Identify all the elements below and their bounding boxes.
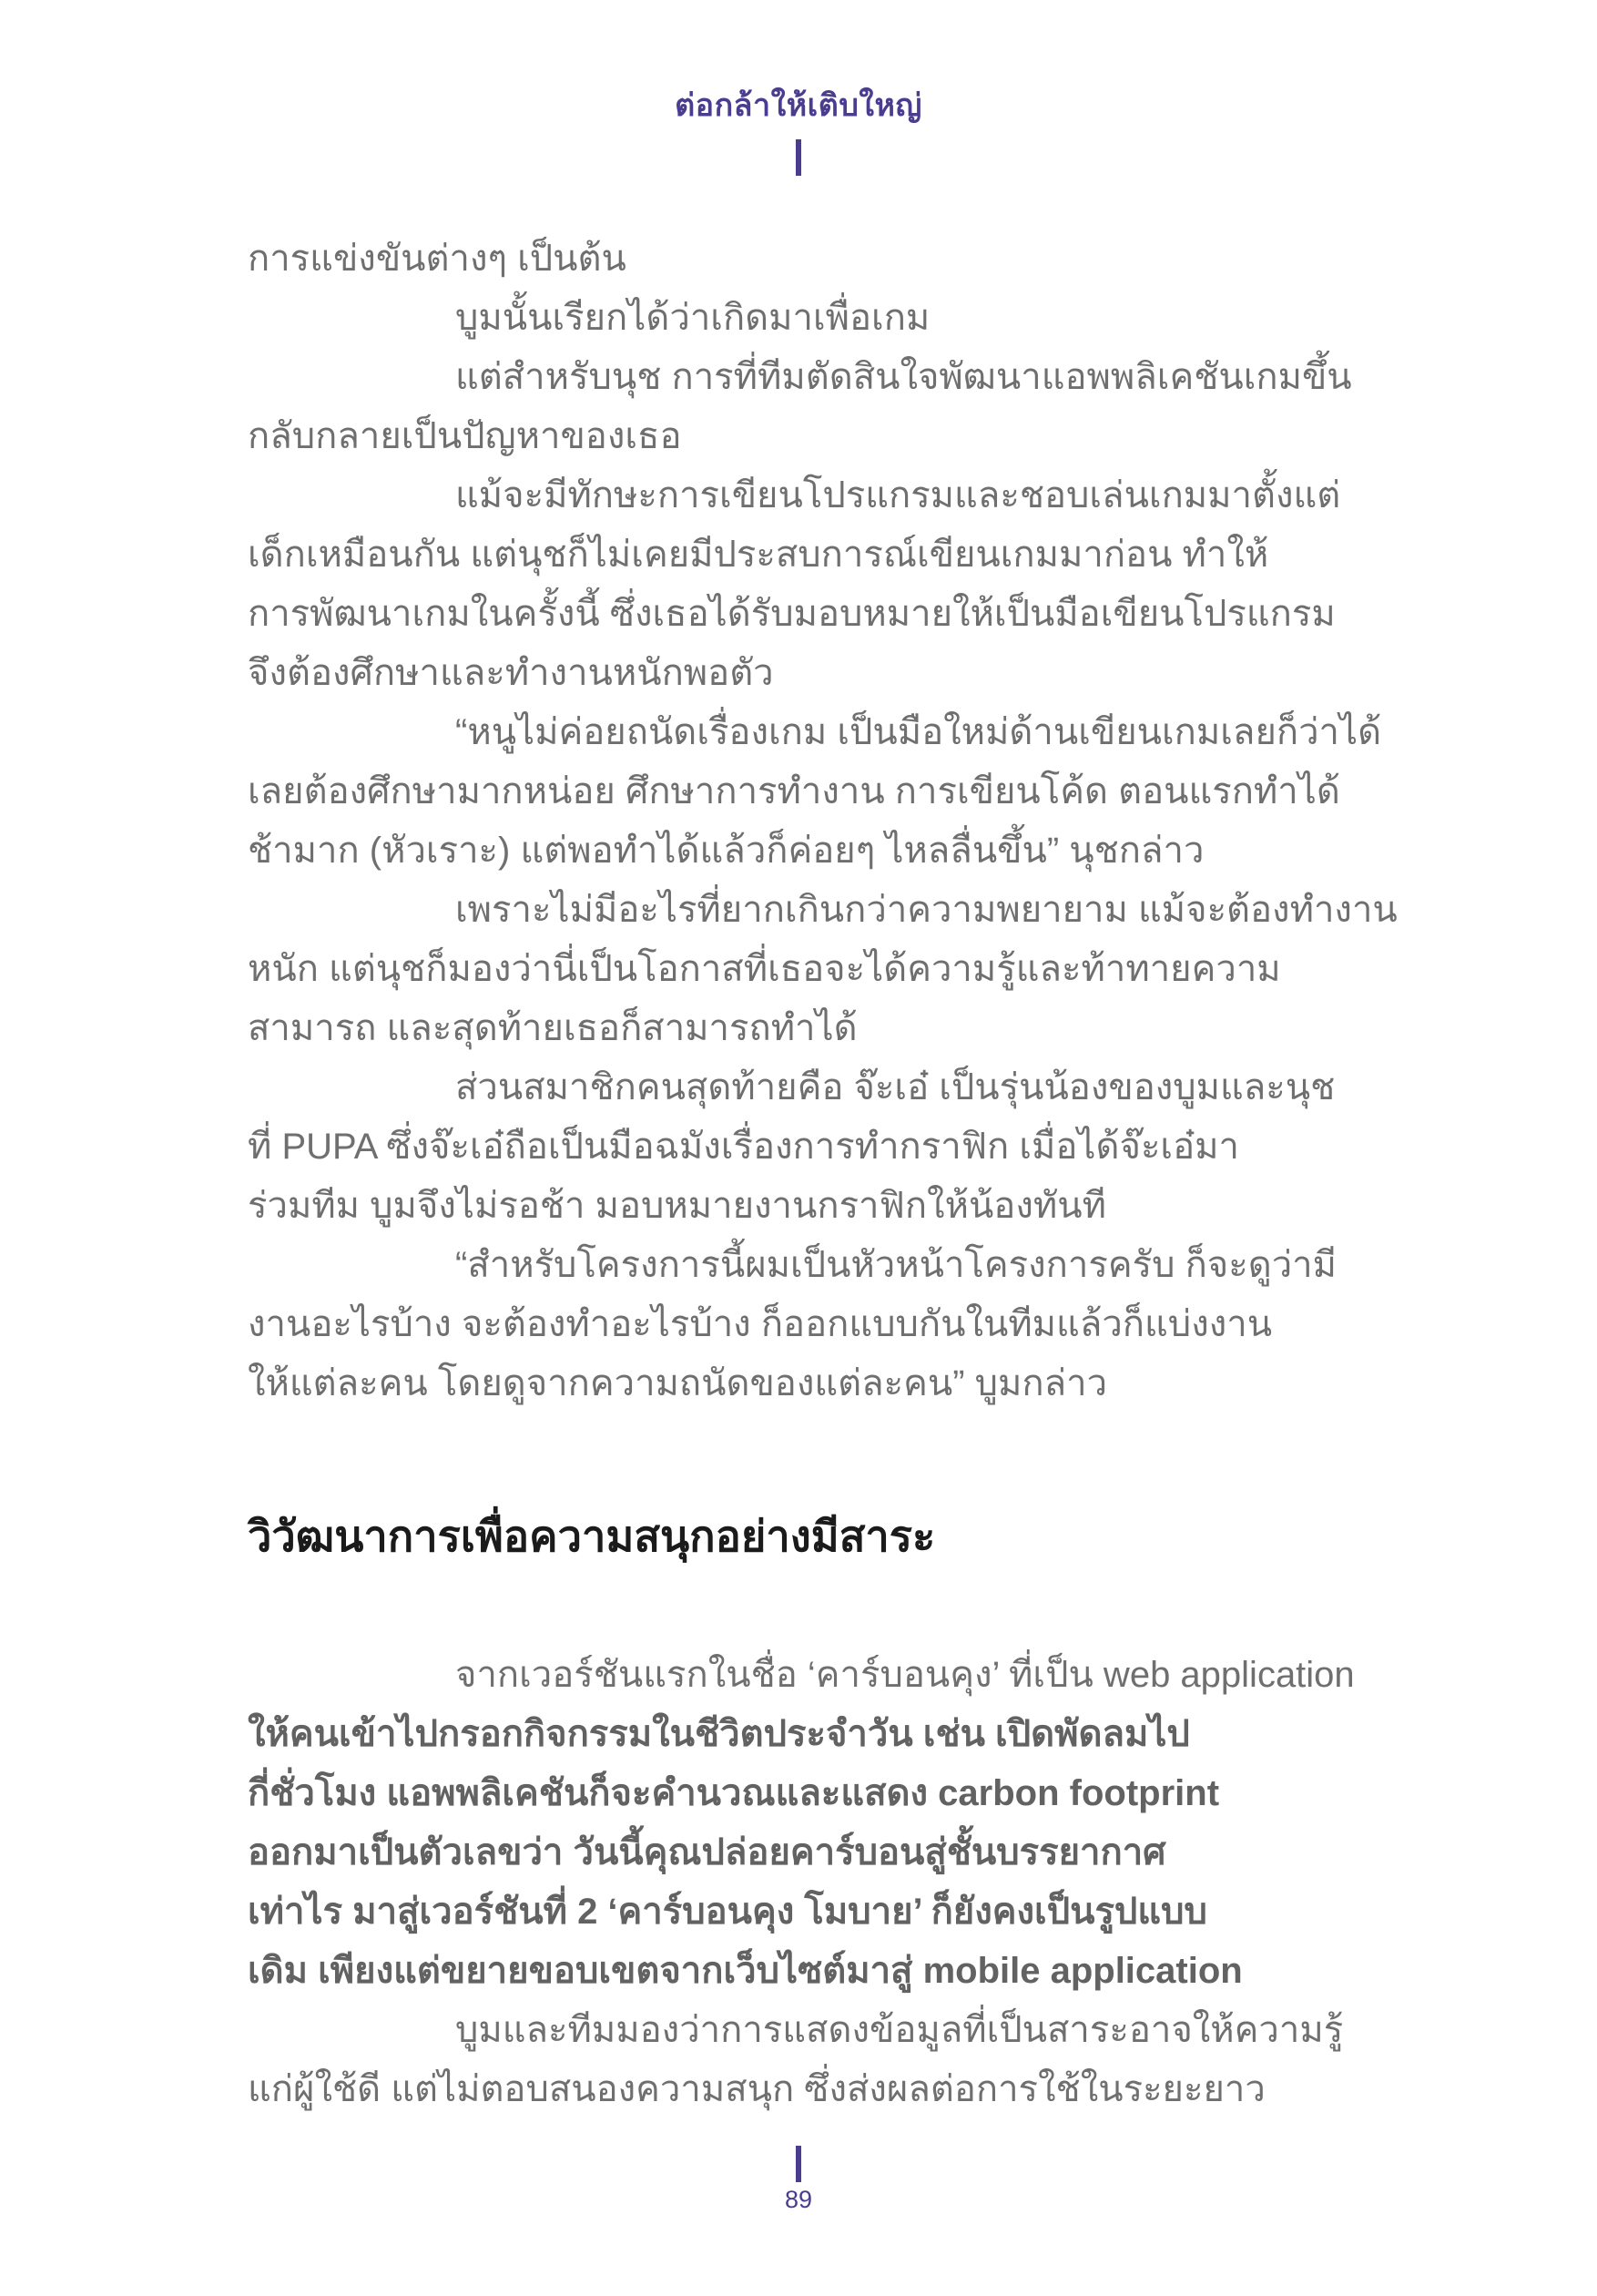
text-line: ออกมาเป็นตัวเลขว่า วันนี้คุณปล่อยคาร์บอน… <box>248 1823 1360 1883</box>
body-text: การแข่งขันต่างๆ เป็นต้นบูมนั้นเรียกได้ว่… <box>248 230 1360 2119</box>
text-line: ที่ PUPA ซึ่งจ๊ะเอ๋ถือเป็นมือฉมังเรื่องก… <box>248 1117 1360 1177</box>
text-line: ร่วมทีม บูมจึงไม่รอช้า มอบหมายงานกราฟิกใ… <box>248 1177 1360 1236</box>
text-line: สามารถ และสุดท้ายเธอก็สามารถทำได้ <box>248 999 1360 1058</box>
text-line: การแข่งขันต่างๆ เป็นต้น <box>248 230 1360 289</box>
text-line: การพัฒนาเกมในครั้งนี้ ซึ่งเธอได้รับมอบหม… <box>248 585 1360 644</box>
book-page: ต่อกล้าให้เติบใหญ่ การแข่งขันต่างๆ เป็นต… <box>0 0 1597 2296</box>
text-line: บูมและทีมมองว่าการแสดงข้อมูลที่เป็นสาระอ… <box>248 2001 1360 2060</box>
section2-lines: จากเวอร์ชันแรกในชื่อ ‘คาร์บอนคุง’ ที่เป็… <box>248 1646 1360 2119</box>
section1-lines: การแข่งขันต่างๆ เป็นต้นบูมนั้นเรียกได้ว่… <box>248 230 1360 1413</box>
text-line: เด็กเหมือนกัน แต่นุชก็ไม่เคยมีประสบการณ์… <box>248 526 1360 585</box>
text-line: ให้คนเข้าไปกรอกกิจกรรมในชีวิตประจำวัน เช… <box>248 1705 1360 1764</box>
text-line: ส่วนสมาชิกคนสุดท้ายคือ จ๊ะเอ๋ เป็นรุ่นน้… <box>248 1058 1360 1117</box>
text-line: จากเวอร์ชันแรกในชื่อ ‘คาร์บอนคุง’ ที่เป็… <box>248 1646 1360 1705</box>
header-divider-bar <box>796 139 801 176</box>
text-line: เลยต้องศึกษามากหน่อย ศึกษาการทำงาน การเข… <box>248 762 1360 821</box>
text-line: “หนูไม่ค่อยถนัดเรื่องเกม เป็นมือใหม่ด้าน… <box>248 703 1360 762</box>
text-line: เดิม เพียงแต่ขยายขอบเขตจากเว็บไซต์มาสู่ … <box>248 1942 1360 2001</box>
page-number: 89 <box>0 2186 1597 2214</box>
text-line: เท่าไร มาสู่เวอร์ชันที่ 2 ‘คาร์บอนคุง โม… <box>248 1883 1360 1942</box>
text-line: เพราะไม่มีอะไรที่ยากเกินกว่าความพยายาม แ… <box>248 881 1360 940</box>
text-line: แม้จะมีทักษะการเขียนโปรแกรมและชอบเล่นเกม… <box>248 466 1360 526</box>
footer-divider-bar <box>796 2146 801 2182</box>
text-line: กลับกลายเป็นปัญหาของเธอ <box>248 407 1360 466</box>
text-line: กี่ชั่วโมง แอพพลิเคชันก็จะคำนวณและแสดง c… <box>248 1764 1360 1823</box>
text-line: ช้ามาก (หัวเราะ) แต่พอทำได้แล้วก็ค่อยๆ ไ… <box>248 821 1360 881</box>
text-line: “สำหรับโครงการนี้ผมเป็นหัวหน้าโครงการครั… <box>248 1236 1360 1295</box>
text-line: ให้แต่ละคน โดยดูจากความถนัดของแต่ละคน” บ… <box>248 1354 1360 1413</box>
chapter-title: ต่อกล้าให้เติบใหญ่ <box>0 80 1597 129</box>
text-line: บูมนั้นเรียกได้ว่าเกิดมาเพื่อเกม <box>248 289 1360 348</box>
text-line: แก่ผู้ใช้ดี แต่ไม่ตอบสนองความสนุก ซึ่งส่… <box>248 2060 1360 2119</box>
text-line: หนัก แต่นุชก็มองว่านี่เป็นโอกาสที่เธอจะไ… <box>248 940 1360 999</box>
text-line: จึงต้องศึกษาและทำงานหนักพอตัว <box>248 644 1360 703</box>
text-line: งานอะไรบ้าง จะต้องทำอะไรบ้าง ก็ออกแบบกัน… <box>248 1295 1360 1354</box>
text-line: แต่สำหรับนุช การที่ทีมตัดสินใจพัฒนาแอพพล… <box>248 348 1360 407</box>
section-heading: วิวัฒนาการเพื่อความสนุกอย่างมีสาระ <box>248 1413 1360 1573</box>
